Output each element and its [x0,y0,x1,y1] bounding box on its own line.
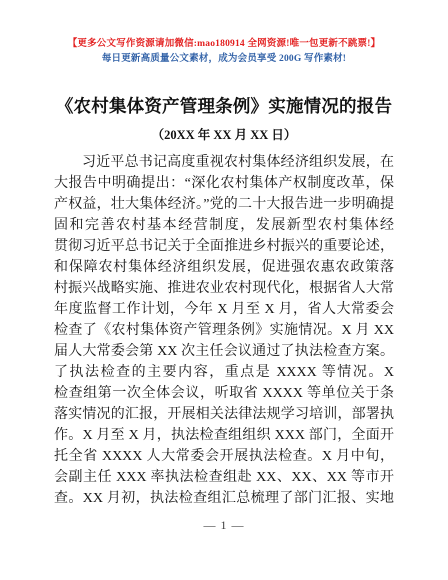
body-line: 大报告中明确提出：“深化农村集体产权制度改革，保障农民财 [54,173,394,194]
body-line: 会副主任 XXX 率执法检查组赴 XX、XX、XX 等市开展了实地检 [54,467,394,488]
body-line: 作。X 月至 X 月，执法检查组组织 XXX 部门，全面开展自查；委 [54,425,394,446]
body-line: 托全省 XXXX 人大常委会开展执法检查。X 月中旬，省人大常委 [54,446,394,467]
promo-banner: 【更多公文写作资源请加微信:mao180914 全网资源!唯一包更新不跳票!】 … [0,0,448,66]
body-paragraph: 习近平总书记高度重视农村集体经济组织发展，在党的十九大报告中明确提出：“深化农村… [54,152,394,509]
body-line: 和保障农村集体经济组织发展，促进强农惠农政策落实、推动乡 [54,257,394,278]
promo-line-1: 【更多公文写作资源请加微信:mao180914 全网资源!唯一包更新不跳票!】 [0,39,448,51]
page-number-footer: — 1 — [0,518,448,533]
body-line: 产权益，壮大集体经济。”党的二十大报告进一步明确提出“巩 [54,194,394,215]
body-line: 习近平总书记高度重视农村集体经济组织发展，在党的十九 [54,152,394,173]
promo-line-2: 每日更新高质量公文素材，成为会员享受 200G 写作素材! [0,54,448,66]
document-page: 【更多公文写作资源请加微信:mao180914 全网资源!唯一包更新不跳票!】 … [0,0,448,580]
body-line: 检查了《农村集体资产管理条例》实施情况。X 月 XX 日，省 XX [54,320,394,341]
body-line: 贯彻习近平总书记关于全面推进乡村振兴的重要论述，依法推进 [54,236,394,257]
document-title: 《农村集体资产管理条例》实施情况的报告 [0,93,448,118]
body-line: 检查组第一次全体会议，听取省 XXXX 等单位关于条例具体条款 [54,383,394,404]
body-line: 了执法检查的主要内容，重点是 XXXX 等情况。X 月，召开执法 [54,362,394,383]
body-line: 查。XX 月初，执法检查组汇总梳理了部门汇报、实地检查、委托 [54,488,394,509]
body-line: 固和完善农村基本经营制度，发展新型农村集体经济”。为深入 [54,215,394,236]
body-line: 届人大常委会第 XX 次主任会议通过了执法检查方案。方案明确 [54,341,394,362]
body-line: 落实情况的汇报，开展相关法律法规学习培训，部署执法检查工 [54,404,394,425]
document-date-line: （20XX 年 XX 月 XX 日） [0,125,448,143]
body-line: 年度监督工作计划，今年 X 月至 X 月，省人大常委会执法检查组 [54,299,394,320]
body-line: 村振兴战略实施、推进农业农村现代化，根据省人大常委会 20XX [54,278,394,299]
